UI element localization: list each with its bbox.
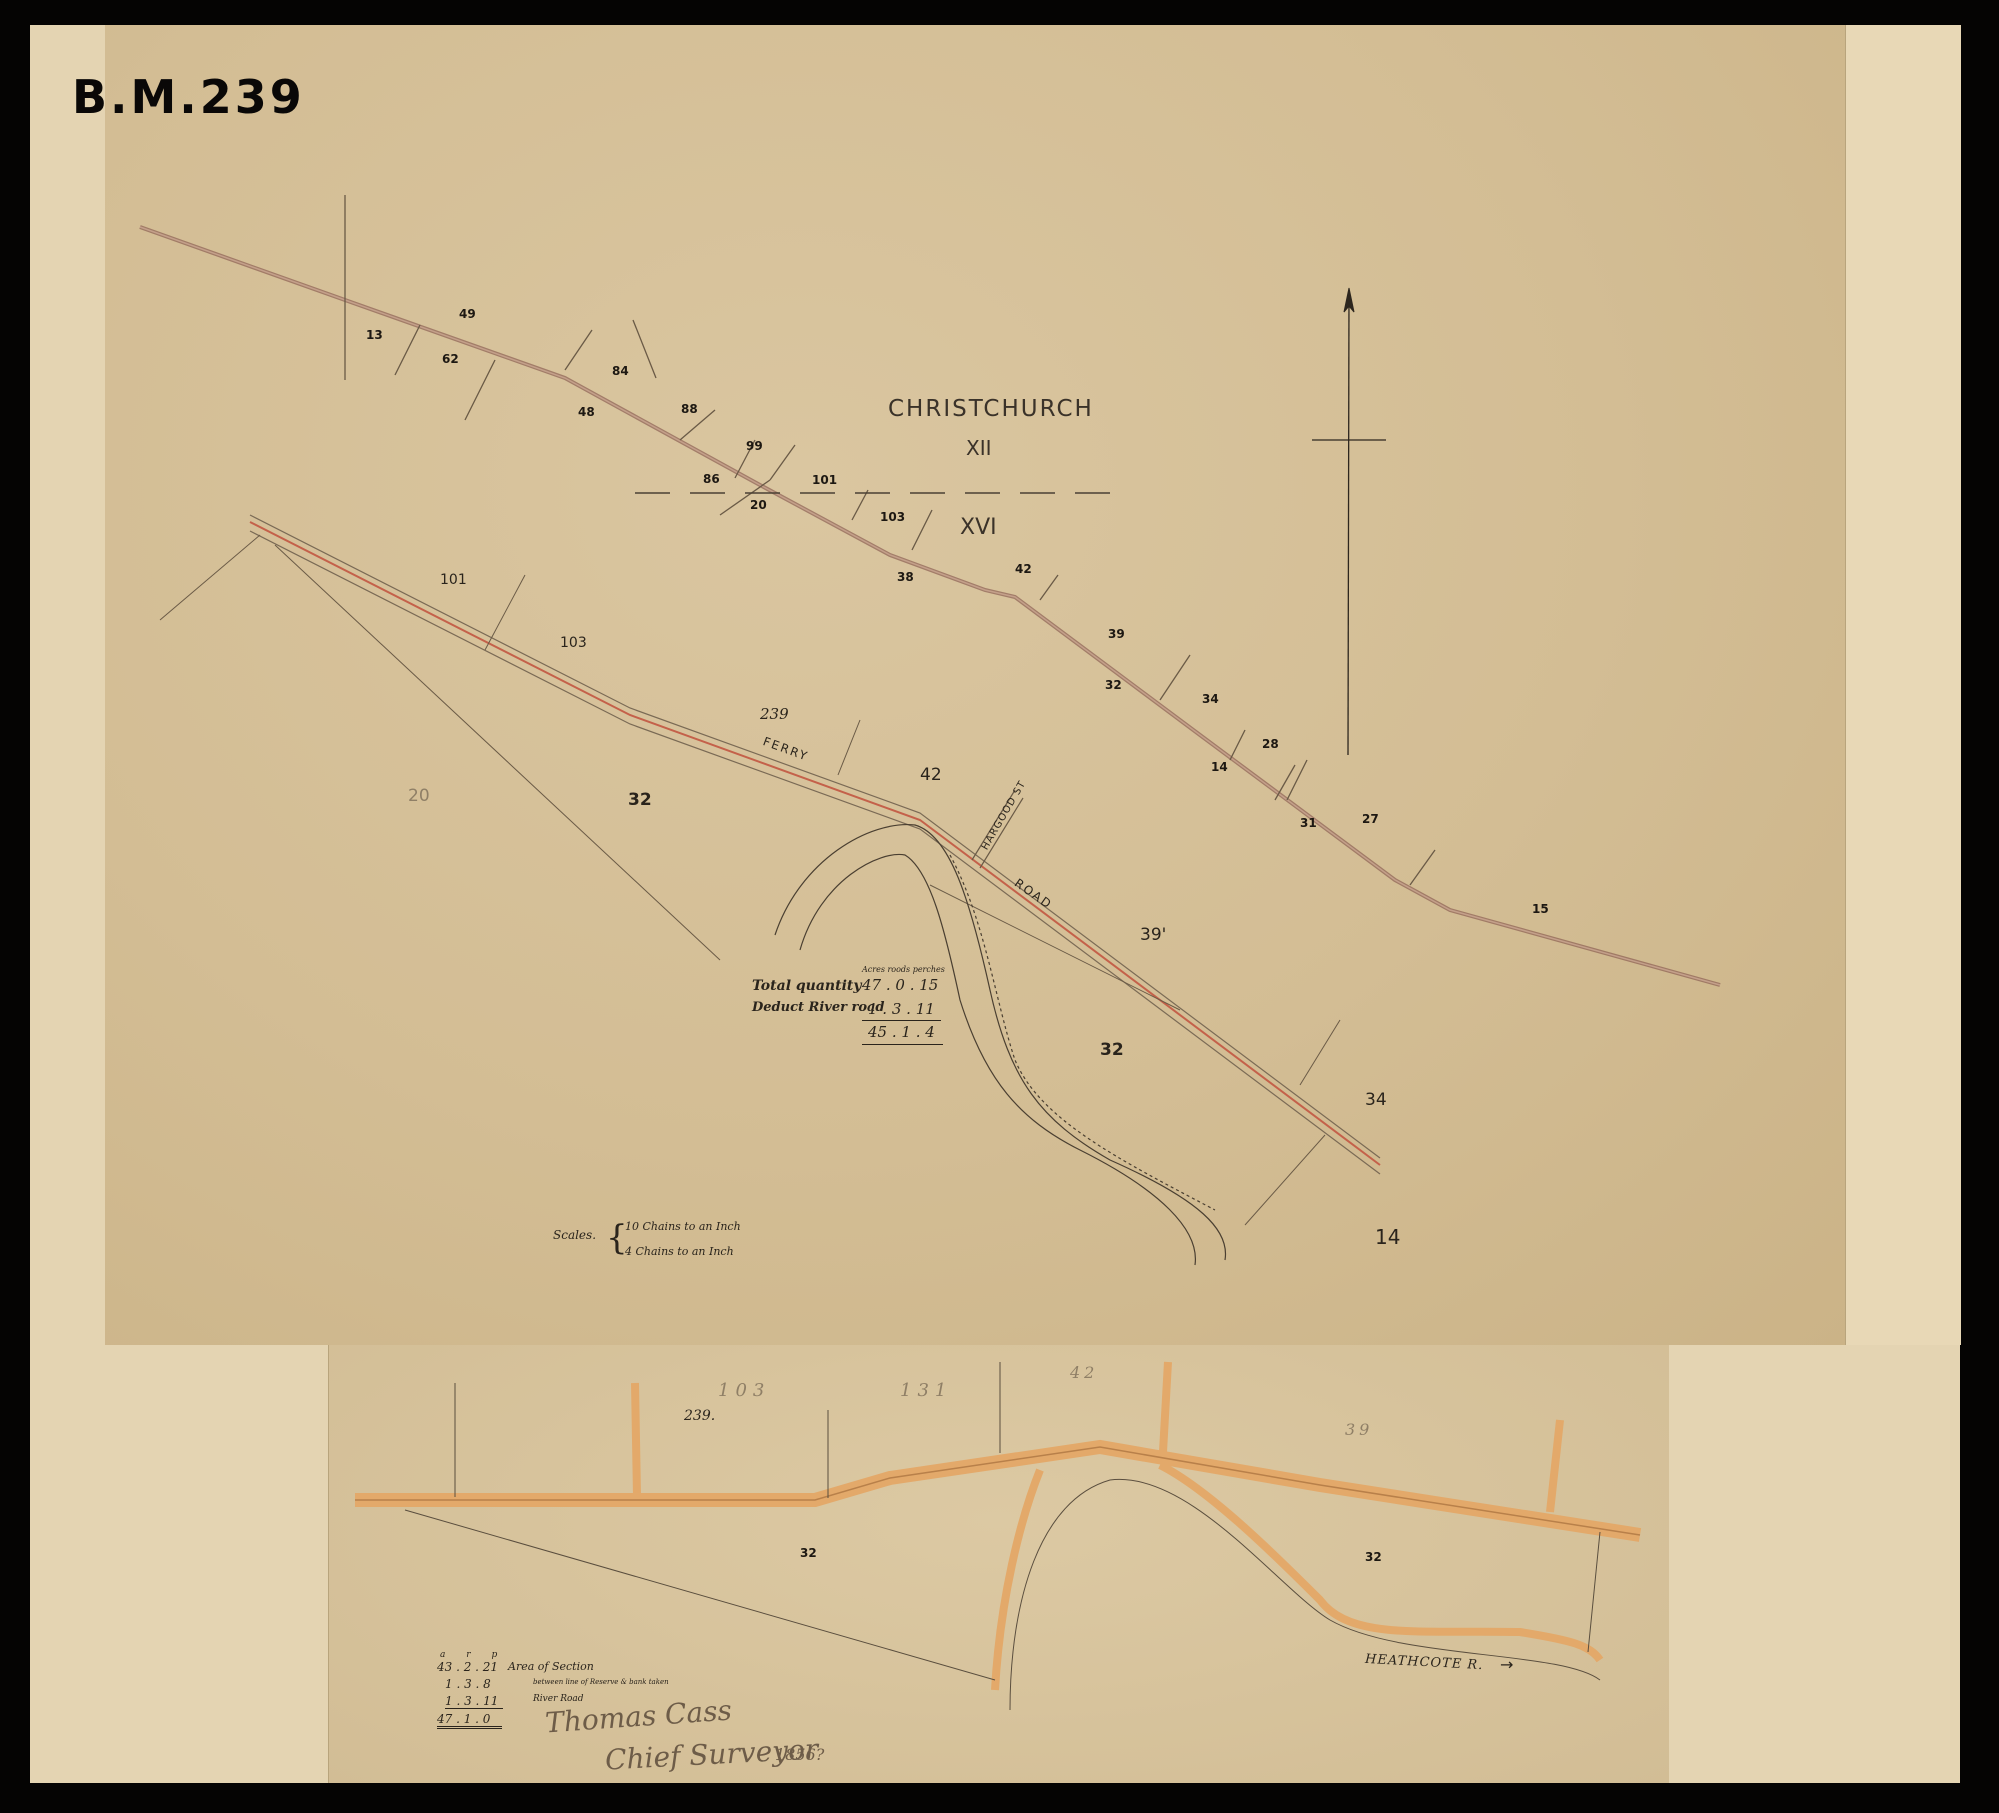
- section-number: 20: [408, 786, 430, 806]
- section-number: 42: [1070, 1363, 1098, 1382]
- lot-number: 103: [880, 510, 905, 524]
- lot-number: 62: [442, 352, 459, 366]
- river-flow-arrow-icon: →: [1500, 1655, 1513, 1674]
- lot-number: 27: [1362, 812, 1379, 826]
- section-number: 32: [1365, 1550, 1382, 1564]
- area-value: 1 . 3 . 8: [445, 1677, 491, 1691]
- section-number: 131: [900, 1380, 952, 1401]
- quantity-label: Total quantity: [752, 978, 861, 994]
- section-number: 14: [1375, 1225, 1400, 1249]
- ferry-road: [250, 515, 1380, 1174]
- section-number: 39: [1345, 1420, 1373, 1439]
- area-value: 43 . 2 . 21: [437, 1660, 498, 1674]
- area-value: 1 . 3 . 11: [445, 1694, 503, 1709]
- scale-line: 4 Chains to an Inch: [625, 1245, 734, 1258]
- section-number: 34: [1365, 1090, 1387, 1110]
- section-number: 239: [760, 705, 789, 723]
- lot-number: 86: [703, 472, 720, 486]
- survey-linework: [0, 0, 1999, 1813]
- signature-date: 1856?: [775, 1745, 824, 1764]
- header-roods: r: [466, 1650, 470, 1660]
- district-title: CHRISTCHURCH: [888, 396, 1094, 422]
- section-number: 32: [628, 790, 652, 810]
- section-number: 39': [1140, 925, 1166, 945]
- section-number: 101: [440, 572, 467, 588]
- scales-label: Scales.: [553, 1228, 596, 1242]
- lot-number: 15: [1532, 902, 1549, 916]
- lot-boundary-ticks: [345, 195, 1435, 885]
- lower-side-roads: [635, 1362, 1600, 1690]
- section-number: 42: [920, 765, 942, 785]
- lot-number: 14: [1211, 760, 1228, 774]
- area-label: Area of Section: [508, 1660, 594, 1673]
- lot-number: 31: [1300, 816, 1317, 830]
- header-acres: a: [440, 1650, 445, 1660]
- quantity-value-total: 45 . 1 . 4: [862, 1023, 943, 1045]
- lot-number: 28: [1262, 737, 1279, 751]
- section-number: 239.: [684, 1408, 715, 1424]
- area-label: between line of Reserve & bank taken: [533, 1678, 669, 1686]
- quantity-value: 47 . 0 . 15: [862, 976, 938, 994]
- lower-ferry-road: [355, 1447, 1640, 1535]
- lot-number: 39: [1108, 627, 1125, 641]
- lot-number: 84: [612, 364, 629, 378]
- river-heathcote-main: [775, 825, 1226, 1265]
- area-value-total: 47 . 1 . 0: [437, 1712, 502, 1729]
- document-id-label: B.M.239: [72, 70, 305, 124]
- header-perches: p: [491, 1650, 497, 1660]
- section-number: 103: [718, 1380, 770, 1401]
- district-number-lower: XVI: [960, 515, 997, 540]
- area-table-header: a r p: [440, 1650, 497, 1660]
- lot-number: 99: [746, 439, 763, 453]
- north-arrow-icon: [1312, 288, 1386, 755]
- lot-number: 48: [578, 405, 595, 419]
- district-number-upper: XII: [966, 436, 992, 460]
- section-number: 32: [800, 1546, 817, 1560]
- area-label: River Road: [533, 1694, 584, 1704]
- lot-number: 38: [897, 570, 914, 584]
- section-number: 103: [560, 635, 587, 651]
- lot-number: 88: [681, 402, 698, 416]
- lot-number: 32: [1105, 678, 1122, 692]
- lot-number: 34: [1202, 692, 1219, 706]
- lot-number: 49: [459, 307, 476, 321]
- lot-number: 101: [812, 473, 837, 487]
- quantity-value: 1 . 3 . 11: [862, 1000, 941, 1021]
- lot-number: 13: [366, 328, 383, 342]
- scale-line: 10 Chains to an Inch: [625, 1220, 741, 1233]
- lot-number: 42: [1015, 562, 1032, 576]
- section-number: 32: [1100, 1040, 1124, 1060]
- quantities-header: Acres roods perches: [862, 965, 945, 974]
- lot-number: 20: [750, 498, 767, 512]
